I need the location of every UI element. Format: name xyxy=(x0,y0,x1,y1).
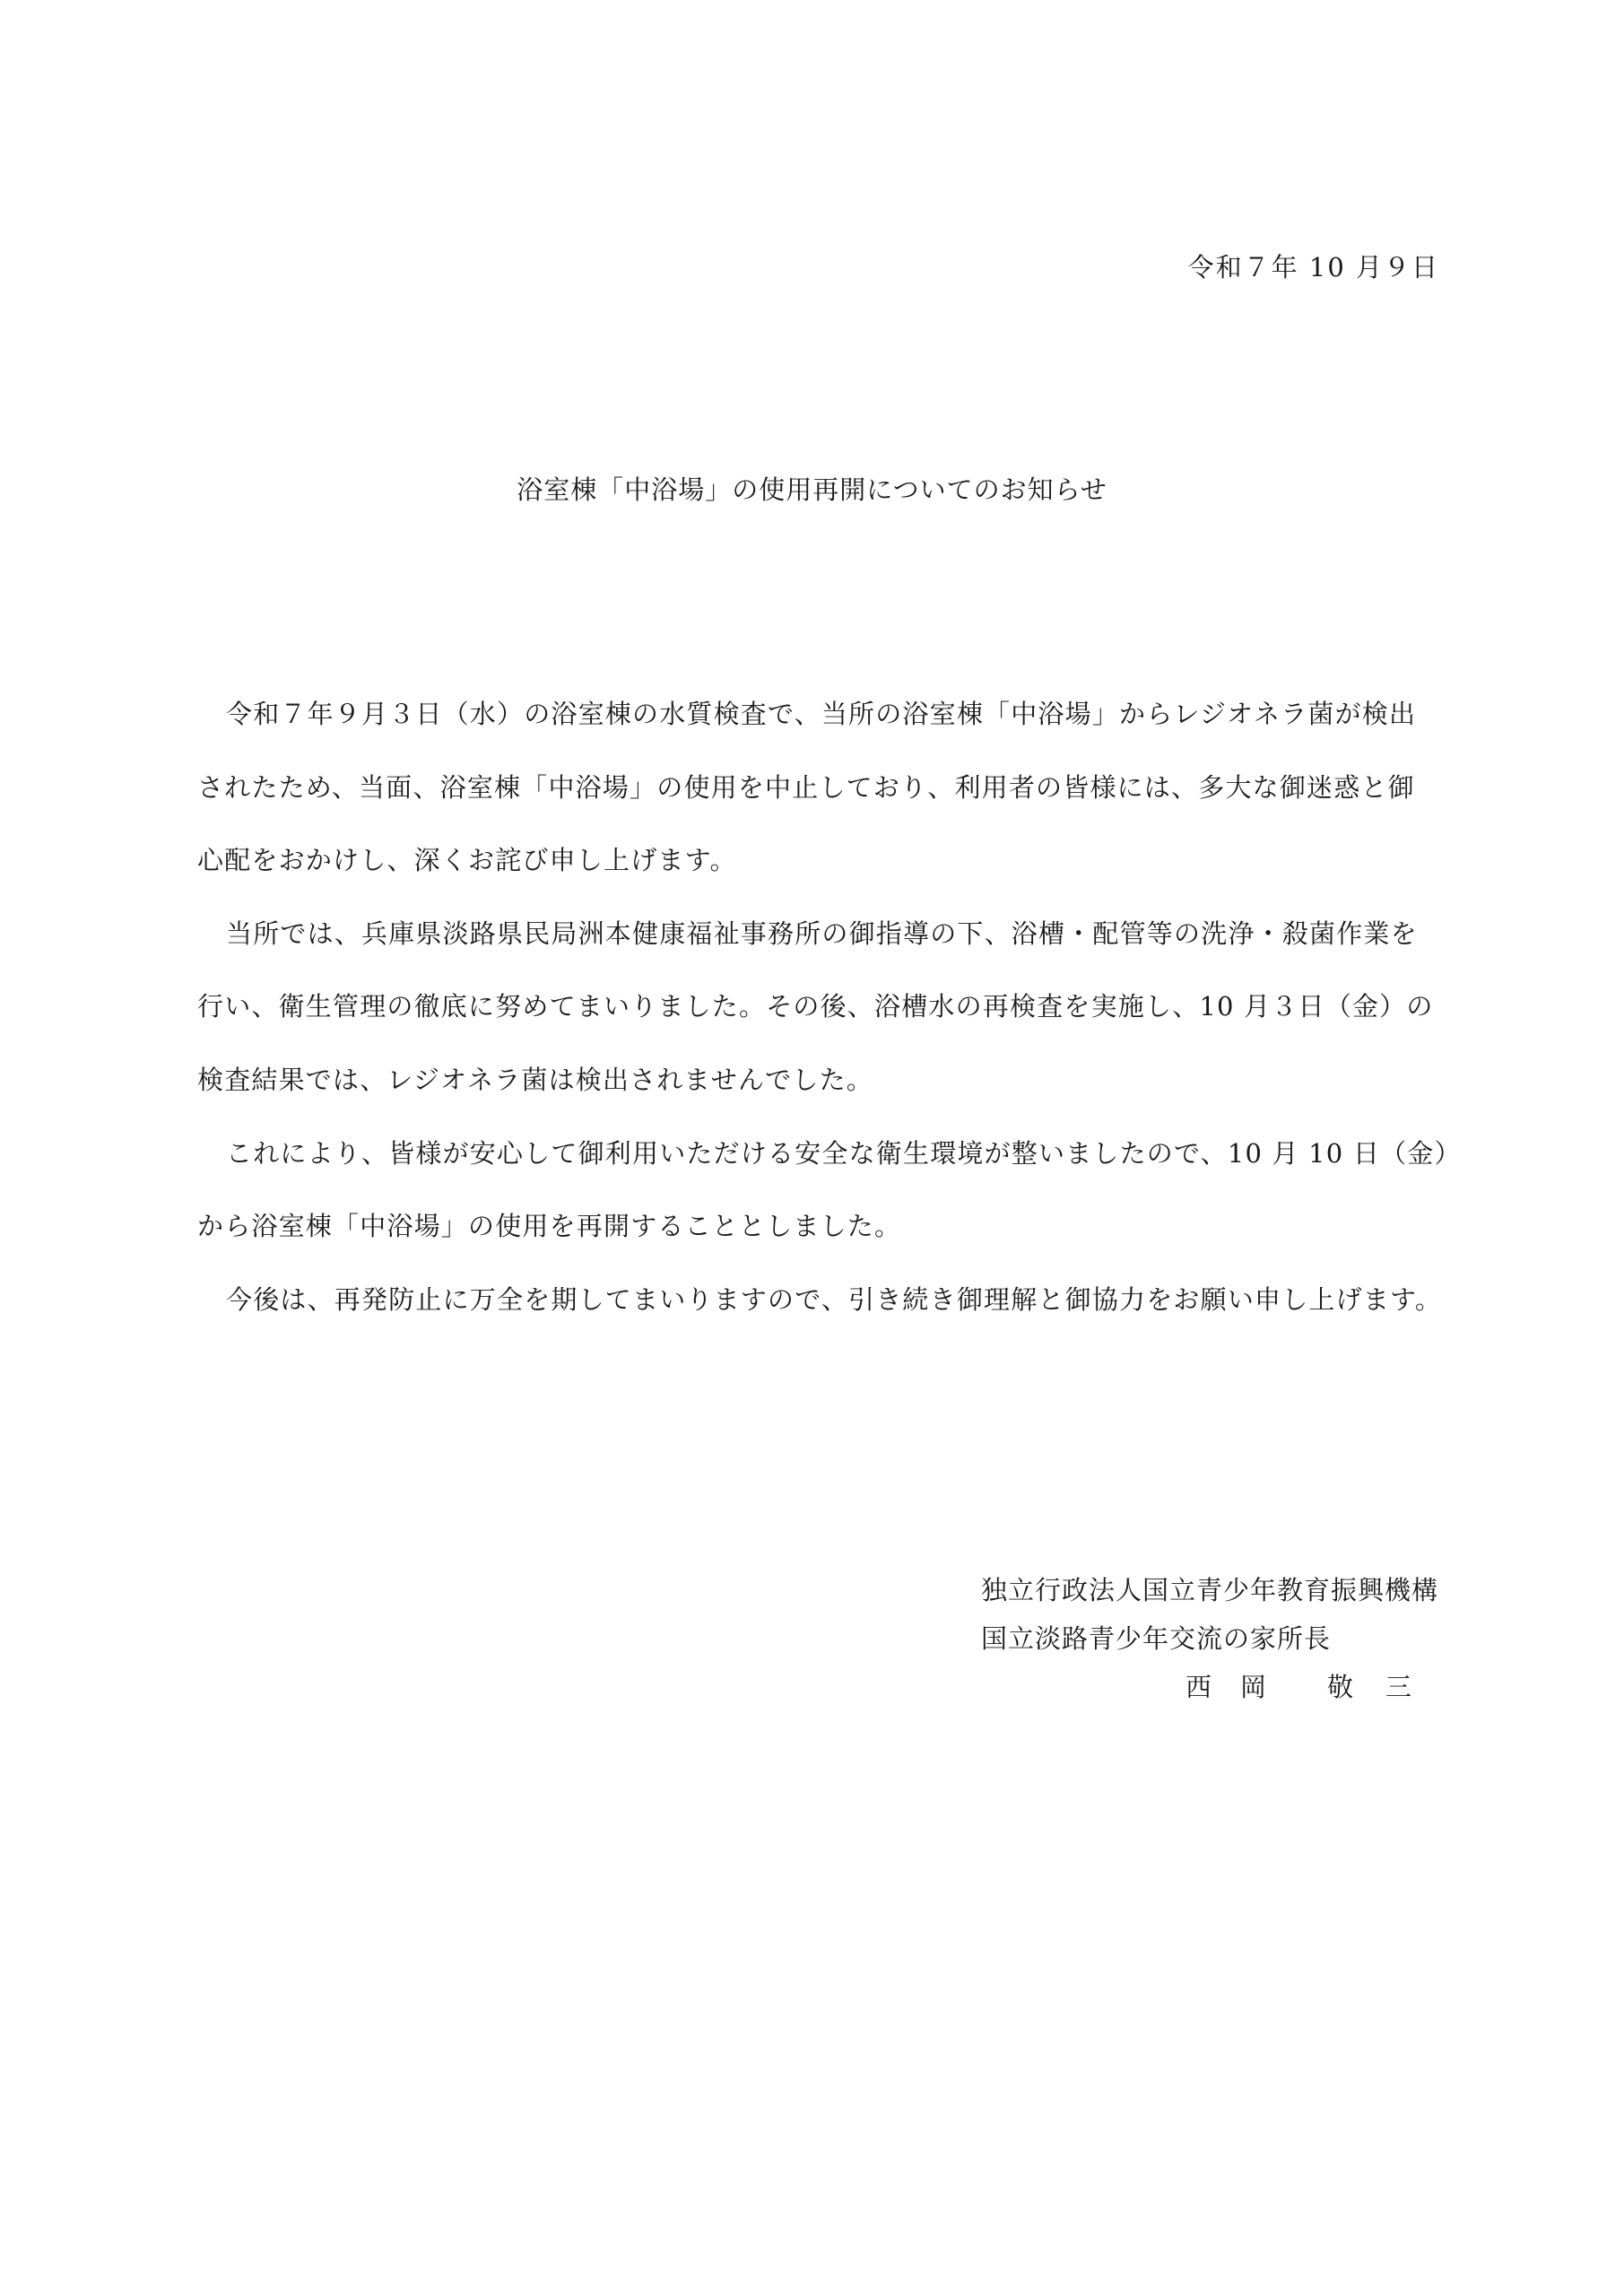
paragraph-3-line-1: これにより、皆様が安心して御利用いただける安全な衛生環境が整いましたので、10 … xyxy=(197,1130,1453,1204)
signature-name: 西岡敬三 xyxy=(981,1663,1438,1711)
paragraph-2-line-1: 当所では、兵庫県淡路県民局洲本健康福祉事務所の御指導の下、浴槽・配管等の洗浄・殺… xyxy=(197,910,1453,984)
paragraph-1-line-1: 令和７年９月３日（水）の浴室棟の水質検査で、当所の浴室棟「中浴場」からレジオネラ… xyxy=(197,691,1453,764)
signature-name-char-2: 岡 xyxy=(1240,1663,1266,1711)
signature-organization: 独立行政法人国立青少年教育振興機構 xyxy=(981,1566,1438,1614)
paragraph-2-line-2: 行い、衛生管理の徹底に努めてまいりました。その後、浴槽水の再検査を実施し、10 … xyxy=(197,983,1453,1057)
signature-name-char-3: 敬 xyxy=(1327,1663,1353,1711)
signature-name-char-4: 三 xyxy=(1385,1663,1411,1711)
paragraph-1-line-2: されたため、当面、浴室棟「中浴場」の使用を中止しており、利用者の皆様には、多大な… xyxy=(197,764,1453,838)
document-page: 令和７年 10 月９日 浴室棟「中浴場」の使用再開についてのお知らせ 令和７年９… xyxy=(0,0,1624,2296)
signature-position: 国立淡路青少年交流の家所長 xyxy=(981,1614,1438,1663)
paragraph-4-line-1: 今後は、再発防止に万全を期してまいりますので、引き続き御理解と御協力をお願い申し… xyxy=(197,1276,1453,1350)
document-title: 浴室棟「中浴場」の使用再開についてのお知らせ xyxy=(0,470,1624,507)
paragraph-2-line-3: 検査結果では、レジオネラ菌は検出されませんでした。 xyxy=(197,1057,1453,1130)
paragraph-1-line-3: 心配をおかけし、深くお詫び申し上げます。 xyxy=(197,837,1453,910)
signature-name-char-1: 西 xyxy=(1185,1663,1211,1711)
document-date: 令和７年 10 月９日 xyxy=(1188,248,1439,284)
signature-block: 独立行政法人国立青少年教育振興機構 国立淡路青少年交流の家所長 西岡敬三 xyxy=(981,1566,1438,1711)
document-body: 令和７年９月３日（水）の浴室棟の水質検査で、当所の浴室棟「中浴場」からレジオネラ… xyxy=(197,691,1453,1349)
paragraph-3-line-2: から浴室棟「中浴場」の使用を再開することとしました。 xyxy=(197,1203,1453,1276)
